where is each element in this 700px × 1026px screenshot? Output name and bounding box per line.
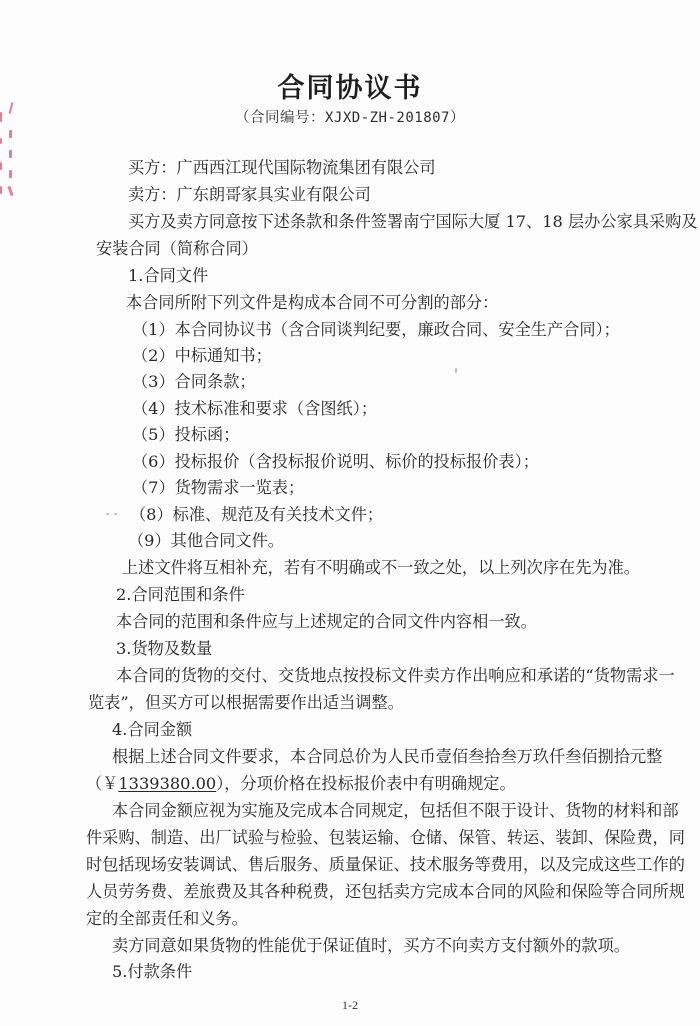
section-3-body-line-2: 览表”，但买方可以根据需要作出适当调整。	[88, 693, 404, 713]
section-4-para-2-line-5: 定的全部责任和义务。	[86, 909, 248, 929]
contract-number-suffix: ）	[450, 110, 465, 126]
section-1-closing: 上述文件将互相补充，若有不明确或不一致之处，以上列次序在先为准。	[122, 558, 640, 578]
amount-prefix: （￥	[86, 774, 118, 793]
contract-number-line: （合同编号：XJXD-ZH-201807）	[0, 106, 700, 127]
section-heading-2: 2.合同范围和条件	[116, 585, 245, 605]
section-4-para-2-line-1: 本合同金额应视为实施及完成本合同规定，包括但不限于设计、货物的材料和部	[112, 801, 679, 821]
amount-suffix: ），分项价格在投标报价表中有明确规定。	[216, 774, 515, 793]
section-1-lead: 本合同所附下列文件是构成本合同不可分割的部分：	[126, 293, 498, 313]
document-title: 合同协议书	[0, 66, 700, 105]
section-4-para-2-line-4: 人员劳务费、差旅费及其各种税费，还包括卖方完成本合同的风险和保险等合同所规	[86, 882, 685, 902]
document-page: 合同协议书 （合同编号：XJXD-ZH-201807） 买方：广西西江现代国际物…	[0, 0, 700, 1026]
buyer-line: 买方：广西西江现代国际物流集团有限公司	[128, 158, 436, 178]
list-item-2: （2）中标通知书；	[132, 346, 272, 366]
list-item-8: （8）标准、规范及有关技术文件；	[130, 505, 383, 525]
list-item-1: （1）本合同协议书（含合同谈判纪要，廉政合同、安全生产合同）；	[132, 320, 620, 340]
intro-line-1: 买方及卖方同意按下述条款和条件签署南宁国际大厦 17、18 层办公家具采购及	[128, 212, 698, 232]
contract-amount: 1339380.00	[118, 774, 216, 793]
scan-speck	[114, 513, 117, 515]
list-item-9: （9）其他合同文件。	[128, 531, 284, 551]
scan-speck	[106, 513, 109, 515]
page-number: 1-2	[0, 998, 700, 1013]
section-heading-3: 3.货物及数量	[116, 639, 212, 659]
section-heading-1: 1.合同文件	[128, 266, 208, 286]
list-item-5: （5）投标函；	[132, 425, 239, 445]
section-3-body-line-1: 本合同的货物的交付、交货地点按投标文件卖方作出响应和承诺的“货物需求一	[116, 666, 675, 686]
section-heading-5: 5.付款条件	[112, 962, 192, 982]
contract-number-prefix: （合同编号：	[235, 110, 325, 126]
section-2-body: 本合同的范围和条件应与上述规定的合同文件内容相一致。	[116, 612, 537, 632]
scan-speck	[455, 368, 457, 373]
section-4-para-3: 卖方同意如果货物的性能优于保证值时，买方不向卖方支付额外的款项。	[112, 936, 630, 956]
seller-line: 卖方：广东朗哥家具实业有限公司	[128, 185, 371, 205]
section-4-para-2-line-3: 时包括现场安装调试、售后服务、质量保证、技术服务等费用，以及完成这些工作的	[86, 855, 685, 875]
section-heading-4: 4.合同金额	[112, 720, 192, 740]
list-item-3: （3）合同条款；	[132, 372, 256, 392]
section-4-para-1-line-2: （￥1339380.00），分项价格在投标报价表中有明确规定。	[86, 774, 516, 794]
list-item-4: （4）技术标准和要求（含图纸）；	[132, 399, 377, 419]
list-item-6: （6）投标报价（含投标报价说明、标价的投标报价表）；	[132, 452, 539, 472]
intro-line-2: 安装合同（简称合同）	[96, 239, 258, 259]
section-4-para-2-line-2: 件采购、制造、出厂试验与检验、包装运输、仓储、保管、转运、装卸、保险费，同	[86, 828, 685, 848]
list-item-7: （7）货物需求一览表；	[132, 478, 304, 498]
section-4-para-1-line-1: 根据上述合同文件要求，本合同总价为人民币壹佰叁拾叁万玖仟叁佰捌拾元整	[112, 747, 662, 767]
contract-number: XJXD-ZH-201807	[325, 110, 450, 126]
